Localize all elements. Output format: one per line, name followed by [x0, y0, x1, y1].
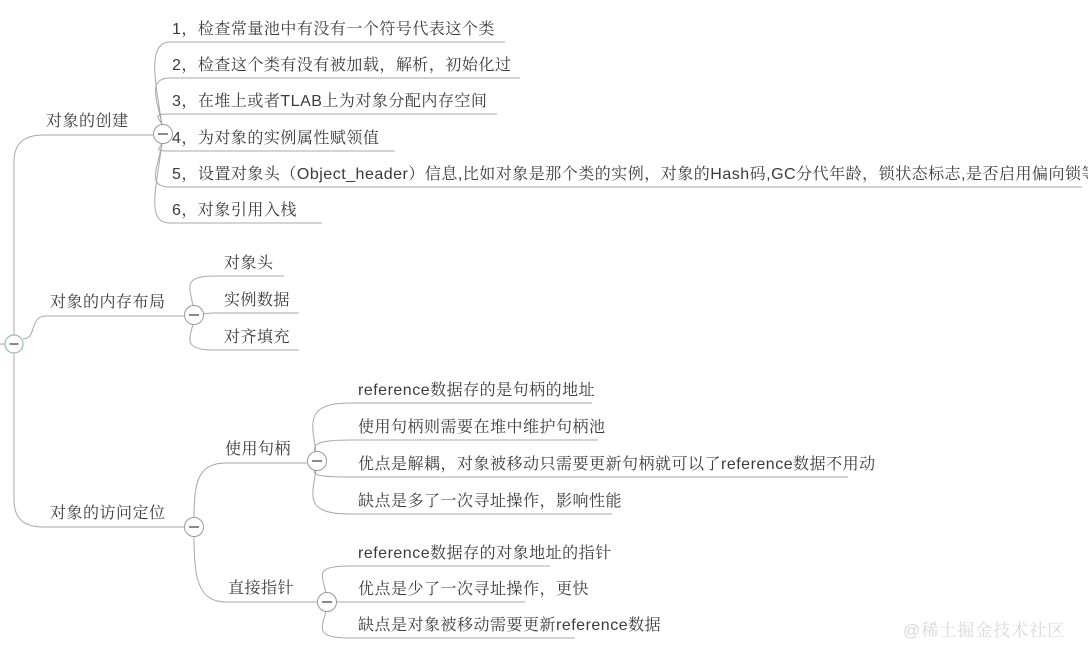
branch2-connector: [23, 316, 46, 339]
branch2-child2-connector: [203, 313, 299, 314]
node-handle-point-4[interactable]: 缺点是多了一次寻址操作，影响性能: [358, 492, 622, 512]
branch1-collapse-button[interactable]: [154, 125, 173, 144]
node-pointer-point-2[interactable]: 优点是少了一次寻址操作，更快: [358, 580, 589, 600]
branch3-collapse-button[interactable]: [185, 518, 204, 537]
node-creation-step-6[interactable]: 6，对象引用入栈: [172, 201, 297, 221]
branch1-child1-connector: [155, 42, 505, 125]
mindmap-canvas: 对象的创建 1，检查常量池中有没有一个符号代表这个类 2，检查这个类有没有被加载…: [0, 0, 1088, 656]
subbranch2-collapse-button[interactable]: [318, 593, 337, 612]
node-handle-point-3[interactable]: 优点是解耦，对象被移动只需要更新句柄就可以了reference数据不用动: [358, 455, 876, 475]
node-use-handle[interactable]: 使用句柄: [225, 440, 291, 460]
node-object-creation[interactable]: 对象的创建: [46, 112, 129, 132]
subbranch1-connector: [194, 463, 307, 518]
node-pointer-point-1[interactable]: reference数据存的对象地址的指针: [358, 544, 612, 564]
node-creation-step-3[interactable]: 3，在堆上或者TLAB上为对象分配内存空间: [172, 92, 487, 112]
node-creation-step-1[interactable]: 1，检查常量池中有没有一个符号代表这个类: [172, 20, 495, 40]
node-handle-point-1[interactable]: reference数据存的是句柄的地址: [358, 381, 595, 401]
node-creation-step-5[interactable]: 5，设置对象头（Object_header）信息,比如对象是那个类的实例，对象的…: [172, 165, 1088, 185]
node-alignment-padding[interactable]: 对齐填充: [224, 328, 290, 348]
watermark: @稀土掘金技术社区: [903, 616, 1065, 641]
subbranch1-collapse-button[interactable]: [308, 452, 327, 471]
node-object-header[interactable]: 对象头: [224, 254, 274, 274]
node-access-positioning[interactable]: 对象的访问定位: [50, 504, 166, 524]
node-pointer-point-3[interactable]: 缺点是对象被移动需要更新reference数据: [358, 616, 661, 636]
node-instance-data[interactable]: 实例数据: [224, 291, 290, 311]
node-creation-step-4[interactable]: 4，为对象的实例属性赋领值: [172, 129, 379, 149]
trunk-connector: [14, 135, 44, 527]
node-memory-layout[interactable]: 对象的内存布局: [50, 293, 166, 313]
node-creation-step-2[interactable]: 2，检查这个类有没有被加载，解析，初始化过: [172, 56, 511, 76]
branch2-collapse-button[interactable]: [185, 306, 204, 325]
root-collapse-button[interactable]: [5, 335, 23, 353]
subbranch1-child2-connector: [314, 440, 598, 453]
branch1-child3-connector: [158, 114, 497, 125]
node-direct-pointer[interactable]: 直接指针: [228, 579, 294, 599]
node-handle-point-2[interactable]: 使用句柄则需要在堆中维护句柄池: [358, 418, 606, 438]
